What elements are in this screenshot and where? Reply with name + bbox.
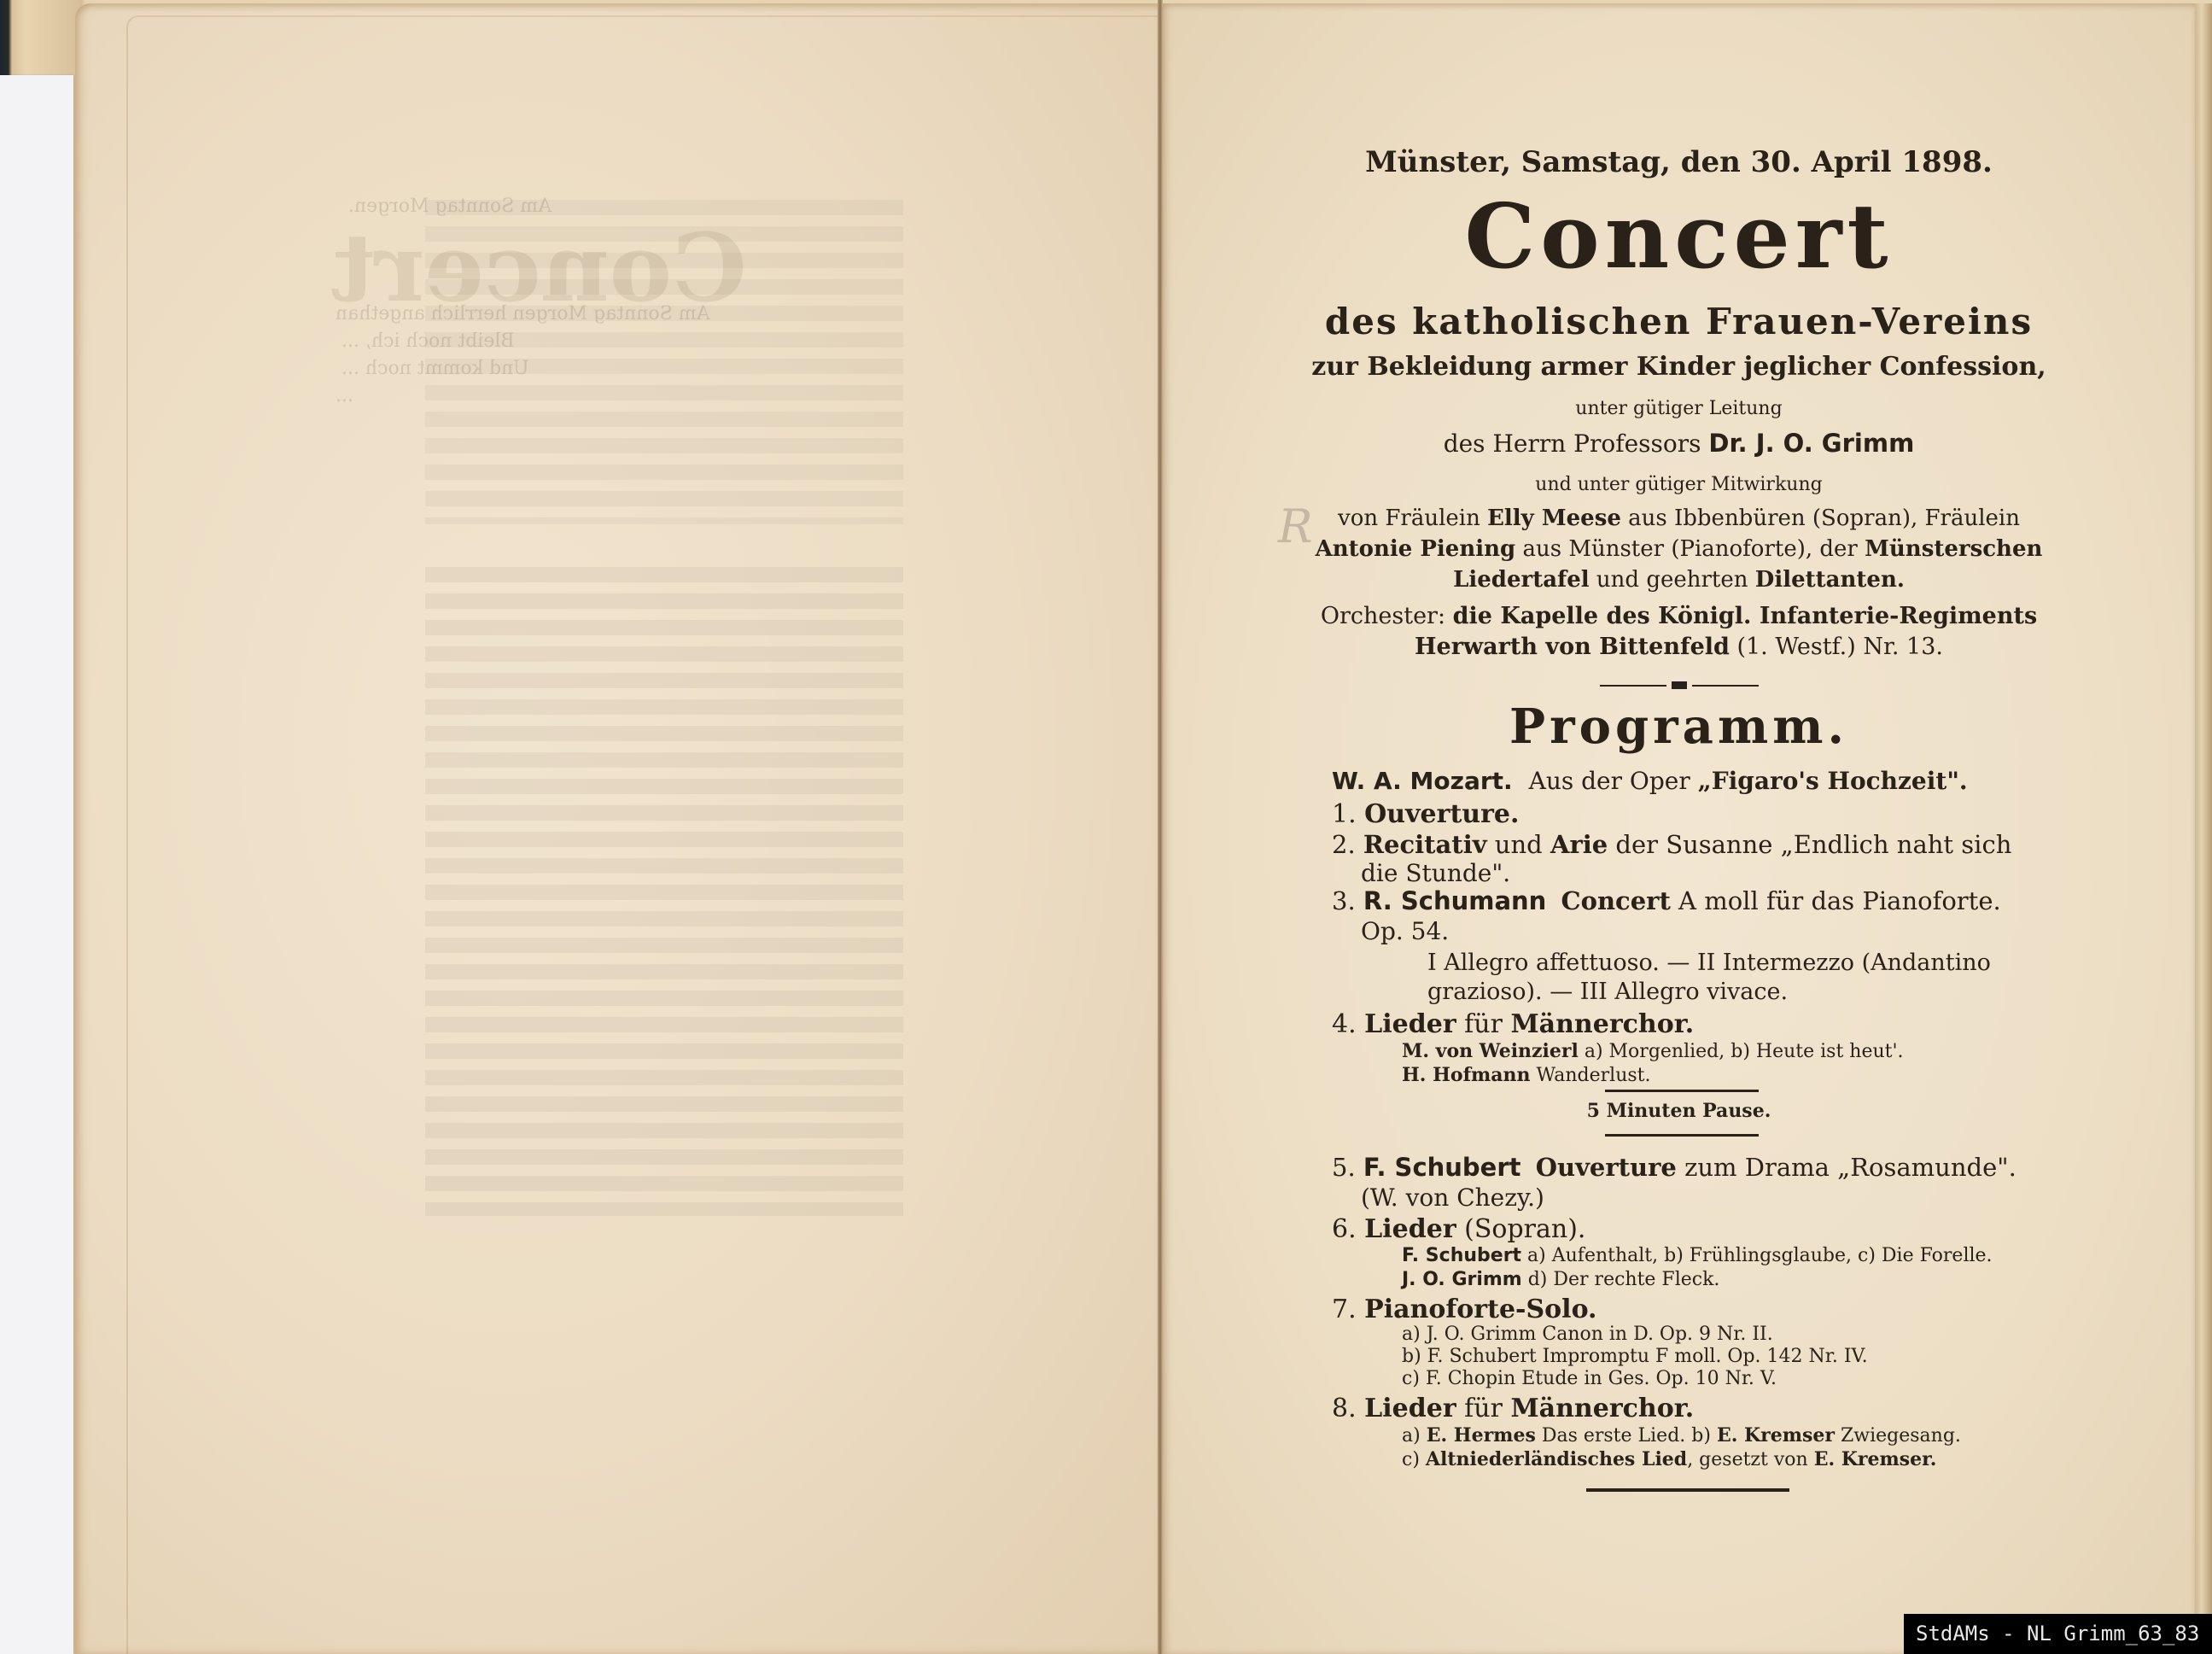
text: Aus der Oper: [1529, 767, 1698, 795]
participants-line-1: von Fräulein Elly Meese aus Ibbenbüren (…: [1163, 506, 2195, 531]
concert-program: Münster, Samstag, den 30. April 1898. Co…: [1163, 0, 2195, 1654]
composer: H. Hofmann: [1402, 1064, 1531, 1086]
item-title: Pianoforte-Solo.: [1364, 1295, 1596, 1324]
purpose-line: zur Bekleidung armer Kinder jeglicher Co…: [1163, 352, 2195, 382]
program-item-6-sub-1: F. Schubert a) Aufenthalt, b) Frühlingsg…: [1402, 1245, 1993, 1266]
background-card: [0, 75, 73, 1654]
text: c): [1402, 1449, 1426, 1470]
ensemble-name: Münsterschen: [1865, 536, 2042, 562]
program-item-2-cont: die Stunde".: [1361, 859, 1510, 887]
text: a) Aufenthalt, b) Frühlingsglaube, c) Di…: [1521, 1245, 1992, 1266]
item-title: Lieder: [1364, 1214, 1456, 1244]
text: für: [1456, 1009, 1511, 1039]
item-title: Lieder: [1364, 1394, 1456, 1423]
composer: R. Schumann: [1363, 886, 1546, 915]
item-number: 7.: [1332, 1295, 1357, 1324]
composer: E. Hermes: [1427, 1424, 1536, 1447]
text: von Fräulein: [1338, 506, 1487, 531]
orchestra-line-2: Herwarth von Bittenfeld (1. Westf.) Nr. …: [1163, 634, 2195, 660]
participants-line-2: Antonie Piening aus Münster (Pianoforte)…: [1163, 536, 2195, 562]
program-item-6: 6. Lieder (Sopran).: [1332, 1214, 1585, 1244]
leader-line: des Herrn Professors Dr. J. O. Grimm: [1163, 429, 2195, 458]
divider-line: [1600, 685, 1666, 687]
end-rule: [1586, 1488, 1789, 1492]
ornament-divider: [1600, 681, 1759, 690]
program-item-7: 7. Pianoforte-Solo.: [1332, 1295, 1597, 1324]
text: und geehrten: [1590, 567, 1755, 593]
item-number: 6.: [1332, 1214, 1357, 1244]
item-number: 5.: [1332, 1153, 1356, 1182]
ensemble-name: Liedertafel: [1453, 567, 1590, 593]
song-title: Altniederländisches Lied: [1426, 1448, 1687, 1470]
leadership-intro: unter gütiger Leitung: [1163, 398, 2195, 419]
composer: E. Kremser.: [1814, 1448, 1937, 1470]
text: Orchester:: [1321, 603, 1453, 629]
divider-block: [1672, 681, 1687, 689]
composer: J. O. Grimm: [1402, 1269, 1522, 1290]
program-item-7-sub-c: c) F. Chopin Etude in Ges. Op. 10 Nr. V.: [1402, 1368, 1777, 1389]
ensemble-name: Dilettanten.: [1755, 567, 1905, 593]
text: A moll für das Pianoforte.: [1671, 886, 2001, 915]
text: Das erste Lied. b): [1536, 1425, 1717, 1447]
text: aus Münster (Pianoforte), der: [1515, 536, 1865, 562]
leader-prefix: des Herrn Professors: [1444, 430, 1701, 458]
mozart-header: W. A. Mozart. Aus der Oper „Figaro's Hoc…: [1332, 767, 1968, 795]
bleed-text-block: [425, 567, 903, 1216]
program-item-8-sub-c: c) Altniederländisches Lied, gesetzt von…: [1402, 1448, 1936, 1470]
item-title: Männerchor.: [1510, 1009, 1694, 1039]
archive-label: StdAMs - NL Grimm_63_83: [1904, 1614, 2212, 1654]
separator-line: [1605, 1090, 1759, 1092]
composer: W. A. Mozart.: [1332, 767, 1513, 795]
program-item-2: 2. Recitativ und Arie der Susanne „Endli…: [1332, 830, 2011, 859]
text: zum Drama „Rosamunde".: [1677, 1153, 2016, 1182]
performer-name: Antonie Piening: [1316, 536, 1516, 562]
participation-intro: und unter gütiger Mitwirkung: [1163, 474, 2195, 495]
text: für: [1456, 1394, 1511, 1423]
program-item-1: 1. Ouverture.: [1332, 799, 1519, 829]
item-number: 4.: [1332, 1009, 1357, 1039]
program-item-7-sub-a: a) J. O. Grimm Canon in D. Op. 9 Nr. II.: [1402, 1324, 1773, 1345]
item-number: 8.: [1332, 1394, 1357, 1423]
item-title: Arie: [1550, 830, 1608, 859]
movements-line-1: I Allegro affettuoso. — II Intermezzo (A…: [1427, 950, 1991, 976]
opera-title: „Figaro's Hochzeit".: [1698, 767, 1968, 795]
item-number: 1.: [1332, 799, 1357, 829]
bleed-text-block: [425, 200, 903, 524]
page-title: Concert: [1163, 190, 2195, 283]
movements-line-2: grazioso). — III Allegro vivace.: [1427, 979, 1788, 1005]
item-title: Ouverture.: [1364, 799, 1519, 829]
text: (Sopran).: [1456, 1214, 1586, 1244]
program-item-3: 3. R. Schumann Concert A moll für das Pi…: [1332, 886, 2001, 915]
program-item-4-sub-2: H. Hofmann Wanderlust.: [1402, 1064, 1651, 1086]
text: a) Morgenlied, b) Heute ist heut'.: [1579, 1041, 1904, 1062]
performer-name: Elly Meese: [1487, 506, 1621, 531]
program-item-8-sub-ab: a) E. Hermes Das erste Lied. b) E. Krems…: [1402, 1424, 1961, 1447]
orchestra-line-1: Orchester: die Kapelle des Königl. Infan…: [1163, 603, 2195, 629]
text: , gesetzt von: [1687, 1449, 1814, 1470]
leader-name: Dr. J. O. Grimm: [1708, 429, 1914, 458]
composer: M. von Weinzierl: [1402, 1040, 1579, 1062]
left-page: Am Sonntag Morgen. Concert Am Sonntag Mo…: [75, 3, 1159, 1654]
item-title: Lieder: [1364, 1009, 1456, 1039]
subtitle: des katholischen Frauen-Vereins: [1163, 301, 2195, 342]
composer: E. Kremser: [1717, 1424, 1835, 1447]
text: Wanderlust.: [1531, 1065, 1651, 1086]
separator-line: [1605, 1134, 1759, 1137]
text: aus Ibbenbüren (Sopran), Fräulein: [1621, 506, 2020, 531]
orchestra-name: Herwarth von Bittenfeld: [1415, 634, 1730, 660]
item-title: Recitativ: [1363, 830, 1487, 859]
composer: F. Schubert: [1402, 1245, 1521, 1266]
program-item-3-cont: Op. 54.: [1361, 917, 1449, 945]
program-item-7-sub-b: b) F. Schubert Impromptu F moll. Op. 142…: [1402, 1346, 1868, 1367]
program-item-5-cont: (W. von Chezy.): [1361, 1184, 1544, 1212]
text: a): [1402, 1425, 1427, 1447]
orchestra-name: die Kapelle des Königl. Infanterie-Regim…: [1453, 603, 2038, 629]
text: (1. Westf.) Nr. 13.: [1730, 634, 1943, 660]
text: Zwiegesang.: [1835, 1425, 1961, 1447]
intermission: 5 Minuten Pause.: [1163, 1100, 2195, 1122]
participants-line-3: Liedertafel und geehrten Dilettanten.: [1163, 567, 2195, 593]
work-title: Ouverture: [1536, 1153, 1677, 1182]
composer: F. Schubert: [1363, 1153, 1521, 1182]
program-item-5: 5. F. Schubert Ouverture zum Drama „Rosa…: [1332, 1153, 2016, 1182]
program-item-4: 4. Lieder für Männerchor.: [1332, 1009, 1694, 1039]
work-title: Concert: [1561, 886, 1671, 915]
divider-line: [1692, 685, 1759, 687]
item-title: Männerchor.: [1510, 1394, 1694, 1423]
text: und: [1487, 830, 1550, 859]
program-item-4-sub-1: M. von Weinzierl a) Morgenlied, b) Heute…: [1402, 1040, 1904, 1062]
dateline: Münster, Samstag, den 30. April 1898.: [1163, 145, 2195, 179]
text: d) Der rechte Fleck.: [1522, 1269, 1720, 1290]
item-number: 2.: [1332, 830, 1356, 859]
text: der Susanne „Endlich naht sich: [1608, 830, 2011, 859]
item-number: 3.: [1332, 886, 1356, 915]
page-edge: [2195, 3, 2212, 1654]
program-heading: Programm.: [1163, 698, 2195, 755]
program-item-6-sub-2: J. O. Grimm d) Der rechte Fleck.: [1402, 1269, 1719, 1290]
bleed-line: ...: [336, 383, 353, 409]
program-item-8: 8. Lieder für Männerchor.: [1332, 1394, 1694, 1423]
